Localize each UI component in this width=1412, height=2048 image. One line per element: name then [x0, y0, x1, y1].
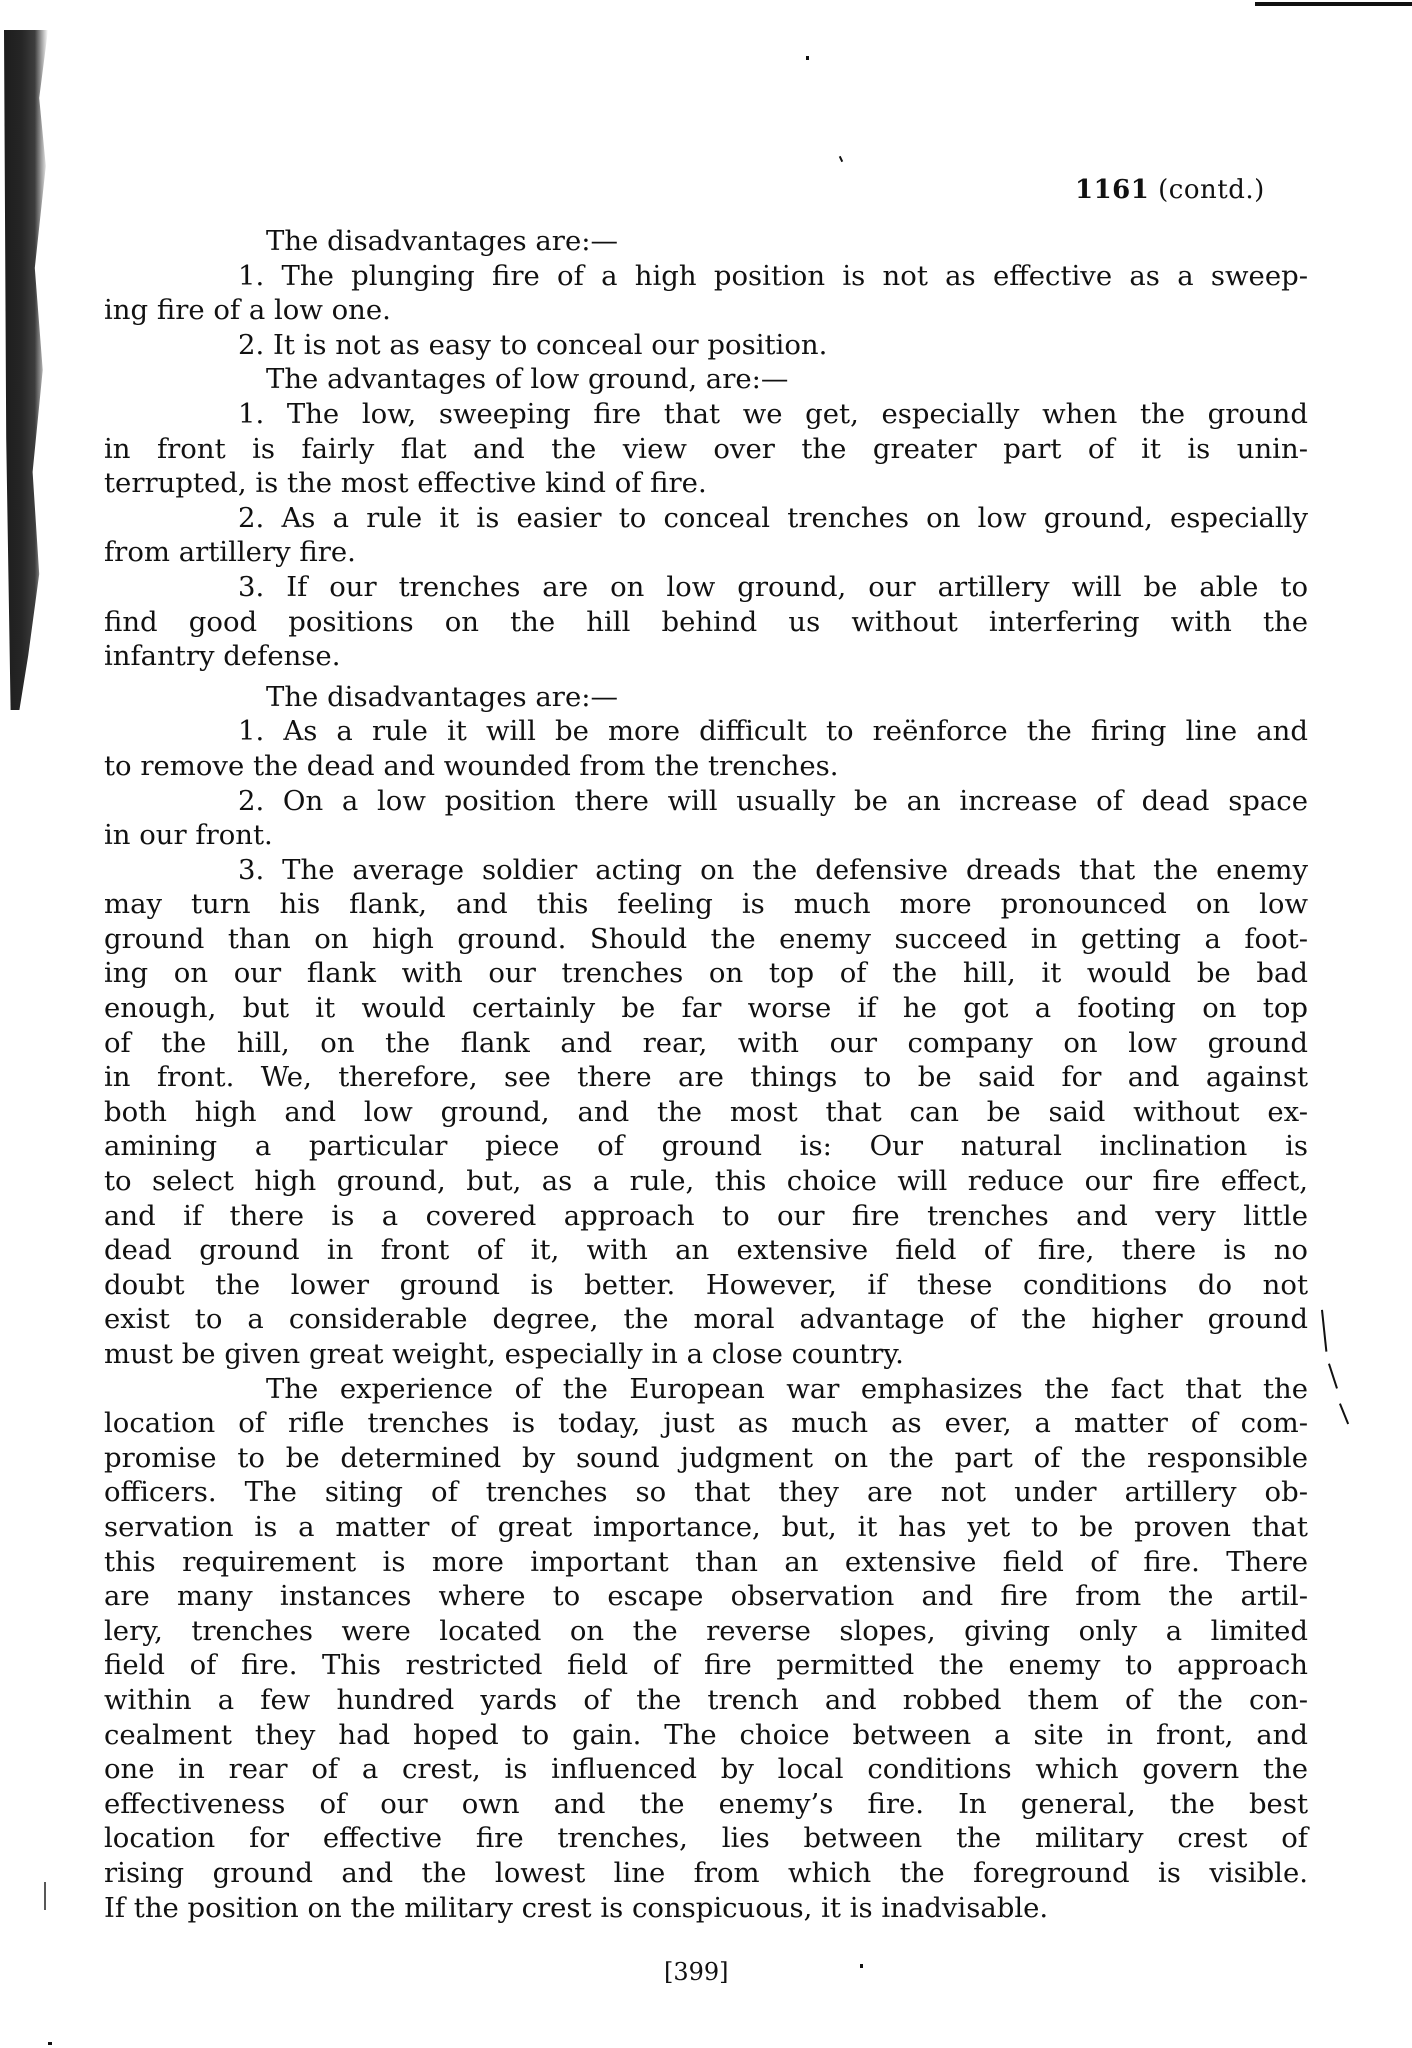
- list-item-line: 1. The low, sweeping fire that we get, e…: [104, 397, 1308, 432]
- list-item-line: may turn his flank, and this feeling is …: [104, 887, 1308, 922]
- margin-mark: [1328, 1363, 1338, 1388]
- paragraph-line: rising ground and the lowest line from w…: [104, 1856, 1308, 1891]
- list-item-line: 2. On a low position there will usually …: [104, 784, 1308, 819]
- margin-mark: [1321, 1310, 1327, 1352]
- scan-speck: [806, 56, 809, 60]
- paragraph-line: If the position on the military crest is…: [104, 1891, 1308, 1926]
- paragraph-line: within a few hundred yards of the trench…: [104, 1683, 1308, 1718]
- list-item-line: of the hill, on the flank and rear, with…: [104, 1026, 1308, 1061]
- scan-speck: [860, 1964, 863, 1968]
- list-item-line: ing on our flank with our trenches on to…: [104, 956, 1308, 991]
- paragraph-line: lery, trenches were located on the rever…: [104, 1614, 1308, 1649]
- list-item-line: find good positions on the hill behind u…: [104, 605, 1308, 640]
- heading-disadvantages-high: The disadvantages are:—: [104, 224, 1308, 259]
- list-item-line: both high and low ground, and the most t…: [104, 1095, 1308, 1130]
- paragraph-line: cealment they had hoped to gain. The cho…: [104, 1718, 1308, 1753]
- scan-speck: [44, 1882, 46, 1910]
- paragraph-line: promise to be determined by sound judgme…: [104, 1441, 1308, 1476]
- list-item-line: exist to a considerable degree, the mora…: [104, 1302, 1308, 1337]
- list-item-line: 2. It is not as easy to conceal our posi…: [104, 328, 1308, 363]
- heading-advantages-low: The advantages of low ground, are:—: [104, 362, 1308, 397]
- section-number: 1161: [1075, 175, 1149, 205]
- list-item-line: from artillery fire.: [104, 535, 1308, 570]
- section-header: 1161 (contd.): [1075, 175, 1265, 205]
- list-item-line: terrupted, is the most effective kind of…: [104, 466, 1308, 501]
- paragraph-line: location of rifle trenches is today, jus…: [104, 1406, 1308, 1441]
- paragraph-line: location for effective fire trenches, li…: [104, 1821, 1308, 1856]
- paragraph-line: effectiveness of our own and the enemy’s…: [104, 1787, 1308, 1822]
- list-item-line: ground than on high ground. Should the e…: [104, 922, 1308, 957]
- list-item-line: infantry defense.: [104, 639, 1308, 674]
- paragraph-line: officers. The siting of trenches so that…: [104, 1475, 1308, 1510]
- list-item-line: to remove the dead and wounded from the …: [104, 749, 1308, 784]
- list-item-line: amining a particular piece of ground is:…: [104, 1129, 1308, 1164]
- paragraph-line: field of fire. This restricted field of …: [104, 1648, 1308, 1683]
- list-item-line: 1. As a rule it will be more difficult t…: [104, 714, 1308, 749]
- paragraph-line: are many instances where to escape obser…: [104, 1579, 1308, 1614]
- paragraph-line: one in rear of a crest, is influenced by…: [104, 1752, 1308, 1787]
- margin-mark: [1339, 1403, 1349, 1424]
- list-item-line: ing fire of a low one.: [104, 293, 1308, 328]
- section-suffix: (contd.): [1158, 175, 1265, 205]
- list-item-line: in our front.: [104, 818, 1308, 853]
- list-item-line: in front. We, therefore, see there are t…: [104, 1060, 1308, 1095]
- list-item-line: to select high ground, but, as a rule, t…: [104, 1164, 1308, 1199]
- heading-disadvantages-low: The disadvantages are:—: [104, 680, 1308, 715]
- list-item-line: 3. If our trenches are on low ground, ou…: [104, 570, 1308, 605]
- page-number: [399]: [664, 1958, 729, 1986]
- list-item-line: 2. As a rule it is easier to conceal tre…: [104, 501, 1308, 536]
- list-item-line: and if there is a covered approach to ou…: [104, 1199, 1308, 1234]
- list-item-line: doubt the lower ground is better. Howeve…: [104, 1268, 1308, 1303]
- paragraph-line: servation is a matter of great importanc…: [104, 1510, 1308, 1545]
- list-item-line: 1. The plunging fire of a high position …: [104, 259, 1308, 294]
- body-text: The disadvantages are:— 1. The plunging …: [104, 224, 1308, 1925]
- scan-speck: [839, 156, 843, 162]
- list-item-line: in front is fairly flat and the view ove…: [104, 432, 1308, 467]
- paragraph-line: The experience of the European war empha…: [104, 1372, 1308, 1407]
- list-item-line: 3. The average soldier acting on the def…: [104, 853, 1308, 888]
- scan-top-rule: [1255, 2, 1412, 6]
- list-item-line: dead ground in front of it, with an exte…: [104, 1233, 1308, 1268]
- scan-speck: [48, 2042, 52, 2045]
- list-item-line: must be given great weight, especially i…: [104, 1337, 1308, 1372]
- scan-binding-shadow: [4, 30, 48, 710]
- list-item-line: enough, but it would certainly be far wo…: [104, 991, 1308, 1026]
- paragraph-line: this requirement is more important than …: [104, 1545, 1308, 1580]
